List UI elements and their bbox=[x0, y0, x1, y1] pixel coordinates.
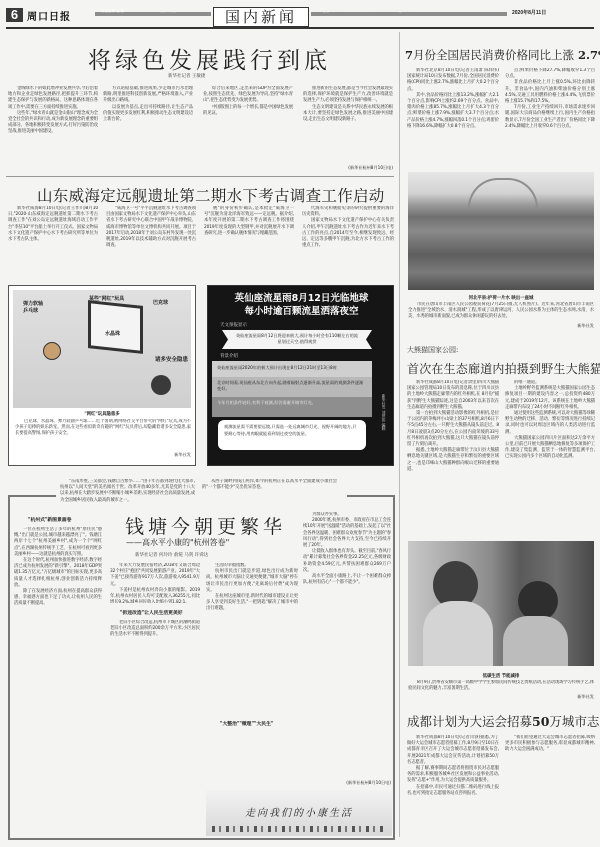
rule-weihai bbox=[6, 176, 394, 177]
label-elastic-ball: 弹力软轴乒乓球 bbox=[23, 300, 43, 314]
meteor-banner: 英仙座流星雨8月12日将迎来极大,预计每小时会有110颗左右的流星划过天空,值得… bbox=[222, 330, 372, 349]
caption-body-toys: 巴克球、水晶珠、弹力软轴乒乓球……近个暑期,被网络社交平台带火的"网红"玩具,成… bbox=[15, 419, 191, 449]
byline-green-dev: 新华社记者 王敏捷 bbox=[168, 73, 205, 79]
article-body-hangzhou-col2a: 年来大力发展民宿经济,2018年又联合周边32个村庄"抱团"共同发展旅游产业。2… bbox=[110, 563, 200, 603]
headline-cpi: 7月份全国居民消费价格同比上涨 2.7% bbox=[405, 47, 600, 63]
meteor-section1-label: 天文预报显示 bbox=[220, 322, 247, 328]
banner-text: 走向我们的小康生活 bbox=[206, 804, 392, 819]
child-girl-icon bbox=[151, 375, 171, 395]
article-body-chengdu-col2: "我们希望通过大运会城市志愿者招募,吸纳更多市民积极参与志愿服务,彰显成都城市精… bbox=[505, 735, 595, 839]
article-body-hangzhou-col4: 为群众办实事。2000年底,杭州市委、市政府在市总工会连续10年开展"送温暖"活… bbox=[303, 512, 391, 752]
toy-cartoon-illustration: 弹力软轴乒乓球 某些"网红"玩具 巴克球 水晶珠 诸多安全隐患 bbox=[13, 290, 191, 408]
photo-lotus-bridge bbox=[408, 172, 594, 290]
student-1-body bbox=[423, 601, 493, 666]
meteor-row-peak-time: 英仙座流星雨2020年的极大预计出现在8月12日21时至13日8时 bbox=[212, 361, 372, 377]
newspaper-logo: 周口日报 bbox=[27, 8, 71, 23]
headline-chengdu: 成都计划为大运会招募50万城市志愿者 bbox=[407, 712, 600, 730]
credit-lotus: 新华社发 bbox=[408, 323, 594, 329]
label-safety-hazards: 诸多安全隐患 bbox=[155, 355, 188, 363]
article-body-green-dev-col3: 综合后来地区,走出来的GDP为全面发展产业,按照生态优先、绿色发展为导向,坚持"… bbox=[203, 86, 293, 172]
headline-weihai: 山东威海定远舰遗址第二期水下考古调查工作启动 bbox=[37, 184, 385, 206]
article-body-chengdu-col1: 新华社成都8月10日电(记者闫睿)据悉,为了做好大运会城市志愿者招募工作,8月9… bbox=[407, 735, 499, 839]
skyline-silhouette bbox=[212, 826, 386, 832]
meteor-headline: 英仙座流星雨8月12日光临地球每小时逾百颗流星洒落夜空 bbox=[208, 292, 395, 318]
frame-top-left bbox=[8, 495, 56, 497]
credit-students: 新华社发 bbox=[408, 694, 594, 700]
frame-top-right bbox=[347, 495, 395, 497]
issue-date: 2020年8月11日 bbox=[512, 9, 546, 16]
designer-label: 设计:李丽 bbox=[160, 9, 176, 14]
article-body-green-dev-col4: 推进新的生态发展,都是当今社会发展最现实的选择,保护环境就是保护生产力,改善环境… bbox=[303, 86, 393, 164]
kicker-panda: 大熊猫国家公园: bbox=[407, 345, 458, 355]
meteor-viewing-tip: 观测流星需不需要望远镜,只需选一处远离城市灯光、视野开阔的地方,只要耐心等待,用… bbox=[218, 420, 366, 450]
article-body-weihai-col1: 新华社威海8月10日电(记者王作川)8月10日,"2020·山东威海定远舰遗址第… bbox=[8, 206, 98, 256]
article-body-weihai-col4: 代海军史和舰船史等的研究提供重要的海洋历史资料。国家文物局水下文化遗产保护中心有… bbox=[302, 206, 394, 256]
meteor-row-moon: 今年月相条件较好,有利于观测,但仍需避开城市灯光。 bbox=[212, 397, 372, 417]
subhead-hangzhou-3: "大整治""微理""大民生" bbox=[220, 720, 273, 727]
email-label: E-mail:zkrbl2044@126.com bbox=[368, 9, 418, 13]
headline-panda: 首次在生态廊道内拍摄到野生大熊猫 bbox=[407, 360, 600, 377]
meteor-row-direction: 北京时间看,英仙座从东北方向升起,随着辐射点逐渐升高,流星雨的观测条件逐渐变好。 bbox=[212, 377, 372, 397]
subheadline-hangzhou: ——高水平小康的"杭州答卷" bbox=[126, 537, 229, 548]
label-water-beads: 水晶珠 bbox=[105, 330, 120, 337]
headline-hangzhou: 钱塘今朝更繁华 bbox=[125, 512, 286, 539]
label-web-toys: 某些"网红"玩具 bbox=[89, 295, 124, 302]
student-2-body bbox=[503, 616, 568, 666]
bridge-arch bbox=[468, 178, 538, 208]
meteor-side-credit: 新华社发 刘世伟 编制 bbox=[379, 394, 387, 454]
caption-title-toys: "网红"玩具隐患多 bbox=[9, 411, 195, 417]
article-body-weihai-col2: "威海卫一号"平平沉舰遗址水下考古调查项目由国家文物局水下文化遗产保护中心牵头,… bbox=[106, 206, 196, 256]
caption-title-students: 低碳生活 节能减排 bbox=[408, 673, 594, 679]
article-body-panda-col2: 的唯一通道。土地岭野外监测系统是大熊猫国家公园生态修复项目一期的建设内容之一,总… bbox=[505, 380, 595, 520]
meteor-section2-label: 背景介绍 bbox=[220, 353, 238, 359]
caption-title-lotus: 河北平泉:护荷一片水 映出一座城 bbox=[408, 295, 594, 301]
headline-green-dev: 将绿色发展践行到底 bbox=[88, 42, 331, 75]
phone-label: 电话:8389507 bbox=[322, 9, 346, 14]
article-body-cpi-col1: 新华社北京8月10日电(记者王雨萧 陈炜伟)国家统计局10日发布数据,7月份,全… bbox=[407, 68, 499, 162]
byline-hangzhou: 新华社记者 何玲玲 俞菀 马剑 许舜达 bbox=[135, 552, 208, 558]
monitor-icon bbox=[88, 300, 143, 354]
subhead-hangzhou-1: "杭州式"新图景画卷 bbox=[28, 516, 71, 523]
article-body-green-dev-col2: 方式站稳基础,推进成果,少走城市污水治理新路,明里推进科技创新发展,严格环境准入… bbox=[103, 86, 193, 172]
dateline-hangzhou: (新华社杭州8月10日电) bbox=[303, 780, 391, 786]
xiaokang-banner: 走向我们的小康生活 bbox=[206, 790, 392, 836]
credit-toys: 新华社发 bbox=[15, 452, 191, 458]
header-rule bbox=[6, 27, 594, 29]
article-body-panda-col1: 新华社成都8月10日电(记者余里)四川大熊猫国家公园管理局10日发布的消息称,位… bbox=[407, 380, 499, 520]
article-body-green-dev-col1: 金线绿水下的如此增冲业发展共享,今后沿着地方和企业走绿色发展路径,把抓提升三环节… bbox=[8, 86, 98, 172]
article-body-weihai-col3: 舰"的身份初步确认,是本批定"威海卫一号"沉舰为清北洋海军致远——定远舰。据介绍… bbox=[204, 206, 294, 256]
subhead-hangzhou-2: "拆违改造"让人民生活更美好 bbox=[120, 609, 183, 616]
article-body-hangzhou-col1: 一位在杭州生活了多年的杭州"原住民"感慨,"出门就是公园,城市越来越漂亮了"。钱… bbox=[14, 527, 102, 757]
photo-students bbox=[408, 541, 594, 666]
section-title: 国内新闻 bbox=[213, 7, 309, 27]
child-boy-icon bbox=[43, 342, 61, 360]
meteor-infographic: 英仙座流星雨8月12日光临地球每小时逾百颗流星洒落夜空 天文预报显示 英仙座流星… bbox=[207, 285, 394, 466]
article-body-hangzhou-col3a: 生活的幸福指数。杭州市民出门就是步道,绿色出行成为新时尚。杭州城市大脑让交通更便… bbox=[206, 563, 298, 671]
editor-label: 责任编辑:张莉 bbox=[101, 9, 124, 14]
page-number: 6 bbox=[6, 8, 23, 22]
article-body-hangzhou-col2b: 老旧小区综合改造,杭州市下城区的潮鸣街道老旧小区改造总面积约200余万平方米,小… bbox=[110, 620, 200, 760]
article-body-cpi-col2: 点;鲜果价格下降27.7%,降幅收窄1.3个百分点。非食品价格比上月上涨0.5%… bbox=[505, 68, 595, 162]
dateline-green-dev: (新华社杭州8月10日电) bbox=[303, 165, 393, 171]
student-2 bbox=[518, 581, 558, 621]
column-divider bbox=[399, 32, 400, 837]
toy-cartoon-box: 弹力软轴乒乓球 某些"网红"玩具 巴克球 水晶珠 诸多安全隐患 "网红"玩具隐患… bbox=[8, 285, 196, 466]
page-header: 6 周口日报 责任编辑:张莉 设计:李丽 国内新闻 电话:8389507 E-m… bbox=[0, 0, 600, 16]
label-buckyballs: 巴克球 bbox=[153, 299, 168, 306]
